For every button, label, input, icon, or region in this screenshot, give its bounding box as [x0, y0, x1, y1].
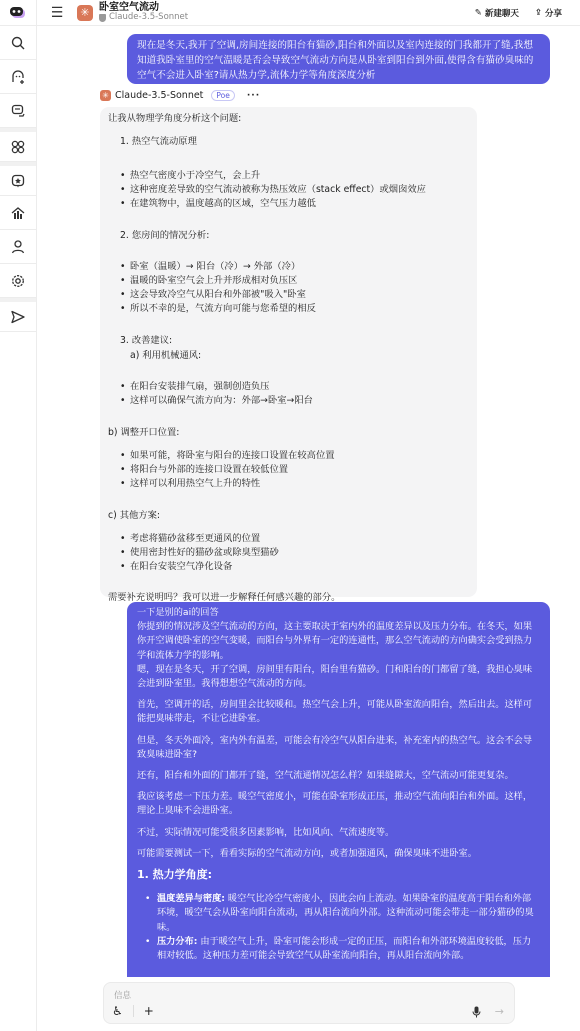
send-button[interactable]: → [495, 1005, 504, 1018]
menu-icon[interactable]: ☰ [37, 5, 77, 21]
list-item: 卧室（温暖）→ 阳台（冷）→ 外部（冷） [108, 260, 469, 274]
share-button[interactable]: ⇪分享 [535, 7, 562, 19]
list: 如果可能，将卧室与阳台的连接口设置在较高位置 将阳台与外部的连接口设置在较低位置… [108, 449, 469, 491]
list-item: 在建筑物中，温度越高的区域，空气压力越低 [108, 197, 469, 211]
stats-icon [10, 205, 26, 221]
user-message: 现在是冬天,我开了空调,房间连接的阳台有猫砂,阳台和外面以及室内连接的门我都开了… [127, 34, 550, 84]
chat-area[interactable]: 现在是冬天,我开了空调,房间连接的阳台有猫砂,阳台和外面以及室内连接的门我都开了… [37, 27, 580, 977]
share-label: 分享 [545, 7, 562, 19]
bot-avatar[interactable]: ✳ [77, 5, 93, 21]
list-item: 压力分布: 由于暖空气上升，卧室可能会形成一定的正压，而阳台和外部环境温度较低，… [137, 935, 540, 963]
message-paragraph: 还有，阳台和外面的门都开了缝，空气流通情况怎么样？如果缝隙大，空气流动可能更复杂… [137, 769, 540, 783]
sidebar-profile[interactable] [0, 230, 36, 264]
section-title: 3. 改善建议: [120, 334, 469, 348]
list-item: 这样可以利用热空气上升的特性 [108, 477, 469, 491]
bot-name: Claude-3.5-Sonnet [109, 13, 188, 22]
settings-icon [10, 273, 26, 289]
message-line: 一下是别的ai的回答 [137, 606, 540, 620]
message-composer[interactable]: 信息 ♿ + → [103, 982, 515, 1024]
search-icon [10, 35, 26, 51]
chat-title-block: 卧室空气流动 Claude-3.5-Sonnet [99, 2, 188, 22]
sub-title: a) 利用机械通风: [130, 349, 469, 363]
profile-icon [10, 239, 26, 255]
composer-right-actions: → [472, 1005, 504, 1018]
message-paragraph: 首先，空调开的话，房间里会比较暖和。热空气会上升，可能从卧室流向阳台，然后出去。… [137, 698, 540, 726]
list-item: 这种密度差导致的空气流动被称为热压效应（stack effect）或烟囱效应 [108, 183, 469, 197]
send-feedback-icon [10, 309, 26, 325]
sub-title: c) 其他方案: [108, 509, 469, 523]
bot-name[interactable]: Claude-3.5-Sonnet [115, 90, 203, 101]
bot-message-header: ✳ Claude-3.5-Sonnet Poe ··· [100, 90, 260, 101]
list-item: 将阳台与外部的连接口设置在较低位置 [108, 463, 469, 477]
list-item: 如果可能，将卧室与阳台的连接口设置在较高位置 [108, 449, 469, 463]
list-item: 在阳台安装排气扇，强制创造负压 [108, 380, 469, 394]
poe-badge: Poe [211, 90, 234, 101]
accessibility-icon[interactable]: ♿ [112, 1004, 123, 1018]
bold-term: 温度差异与密度: [157, 893, 225, 904]
message-line: 你提到的情况涉及空气流动的方向，这主要取决于室内外的温度差异以及压力分布。在冬天… [137, 620, 540, 663]
sidebar [0, 0, 37, 1031]
new-chat-label: 新建聊天 [485, 7, 519, 19]
user-message: 一下是别的ai的回答 你提到的情况涉及空气流动的方向，这主要取决于室内外的温度差… [127, 602, 550, 977]
poe-logo-icon [9, 6, 27, 20]
bold-term: 压力分布: [157, 936, 197, 947]
new-chat-icon: ✎ [475, 8, 482, 18]
list-item: 使用密封性好的猫砂盆或除臭型猫砂 [108, 546, 469, 560]
sidebar-chats[interactable] [0, 94, 36, 128]
divider [133, 1005, 134, 1017]
bot-avatar-small: ✳ [100, 90, 111, 101]
poe-logo[interactable] [0, 0, 36, 26]
list-item: 这会导致冷空气从阳台和外部被"吸入"卧室 [108, 288, 469, 302]
message-input[interactable]: 信息 [114, 989, 131, 1001]
sidebar-stats[interactable] [0, 196, 36, 230]
sidebar-new-bot[interactable] [0, 60, 36, 94]
sidebar-explore[interactable] [0, 128, 36, 162]
microphone-icon[interactable] [472, 1006, 481, 1018]
header: ☰ ✳ 卧室空气流动 Claude-3.5-Sonnet ✎新建聊天 ⇪分享 [37, 0, 580, 26]
sidebar-create[interactable] [0, 162, 36, 196]
message-paragraph: 不过，实际情况可能受很多因素影响，比如风向、气流速度等。 [137, 826, 540, 840]
share-icon: ⇪ [535, 8, 542, 18]
list-text: 由于暖空气上升，卧室可能会形成一定的正压，而阳台和外部环境温度较低，压力相对较低… [157, 936, 531, 961]
list-item: 温度差异与密度: 暖空气比冷空气密度小，因此会向上流动。如果卧室的温度高于阳台和… [137, 892, 540, 935]
list: 热空气密度小于冷空气，会上升 这种密度差导致的空气流动被称为热压效应（stack… [108, 169, 469, 211]
list-item: 温暖的卧室空气会上升并形成相对负压区 [108, 274, 469, 288]
list: 考虑将猫砂盆移至更通风的位置 使用密封性好的猫砂盆或除臭型猫砂 在阳台安装空气净… [108, 532, 469, 574]
section-title: 2. 您房间的情况分析: [120, 229, 469, 243]
header-actions: ✎新建聊天 ⇪分享 [475, 7, 580, 19]
message-paragraph: 但是，冬天外面冷，室内外有温差，可能会有冷空气从阳台进来，补充室内的热空气。这会… [137, 734, 540, 762]
message-paragraph: 我应该考虑一下压力差。暖空气密度小，可能在卧室形成正压，推动空气流向阳台和外面。… [137, 790, 540, 818]
list: 卧室（温暖）→ 阳台（冷）→ 外部（冷） 温暖的卧室空气会上升并形成相对负压区 … [108, 260, 469, 316]
new-bot-icon [10, 69, 26, 85]
list: 在阳台安装排气扇，强制创造负压 这样可以确保气流方向为：外部→卧室→阳台 [108, 380, 469, 408]
list-item: 这样可以确保气流方向为：外部→卧室→阳台 [108, 394, 469, 408]
shield-icon [99, 14, 106, 22]
sidebar-send-feedback[interactable] [0, 298, 36, 332]
new-chat-button[interactable]: ✎新建聊天 [475, 7, 519, 19]
create-icon [10, 173, 26, 189]
sidebar-search[interactable] [0, 26, 36, 60]
add-attachment-button[interactable]: + [144, 1004, 154, 1018]
composer-left-actions: ♿ + [112, 1004, 154, 1018]
more-options-icon[interactable]: ··· [247, 91, 260, 101]
list-item: 所以不幸的是，气流方向可能与您希望的相反 [108, 302, 469, 316]
list-item: 考虑将猫砂盆移至更通风的位置 [108, 532, 469, 546]
message-heading: 1. 热力学角度: [137, 868, 540, 882]
chats-icon [10, 103, 26, 119]
list: 温度差异与密度: 暖空气比冷空气密度小，因此会向上流动。如果卧室的温度高于阳台和… [137, 892, 540, 963]
section-title: 1. 热空气流动原理 [120, 135, 469, 149]
explore-icon [10, 139, 26, 155]
bot-name-subtitle[interactable]: Claude-3.5-Sonnet [99, 13, 188, 22]
sidebar-settings[interactable] [0, 264, 36, 298]
message-paragraph: 可能需要测试一下，看看实际的空气流动方向，或者加强通风，确保臭味不进卧室。 [137, 847, 540, 861]
bot-message: 让我从物理学角度分析这个问题: 1. 热空气流动原理 热空气密度小于冷空气，会上… [100, 107, 477, 597]
sub-title: b) 调整开口位置: [108, 426, 469, 440]
bot-intro: 让我从物理学角度分析这个问题: [108, 112, 469, 126]
app: ☰ ✳ 卧室空气流动 Claude-3.5-Sonnet ✎新建聊天 ⇪分享 现… [0, 0, 580, 1031]
list-item: 在阳台安装空气净化设备 [108, 560, 469, 574]
message-paragraph: 嗯，现在是冬天，开了空调，房间里有阳台，阳台里有猫砂。门和阳台的门都留了缝，我担… [137, 663, 540, 691]
list-item: 热空气密度小于冷空气，会上升 [108, 169, 469, 183]
